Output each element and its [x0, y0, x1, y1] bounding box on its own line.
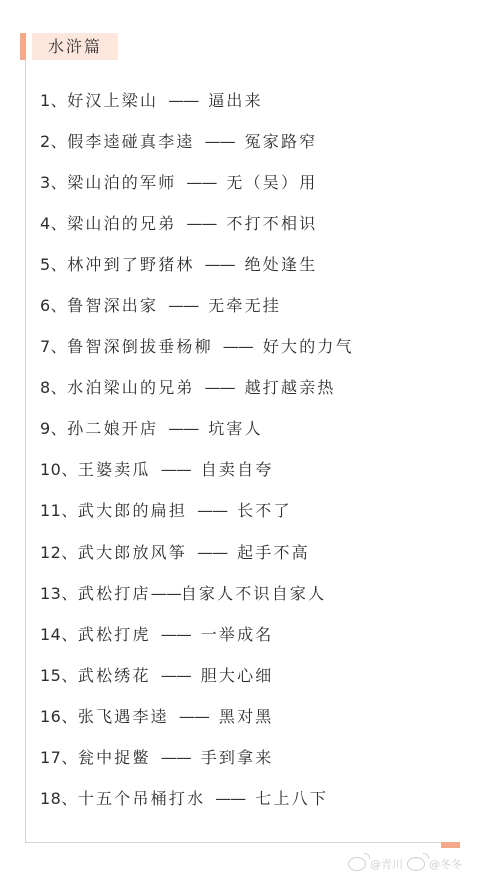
item-answer: 长不了	[237, 498, 292, 524]
item-riddle: 十五个吊桶打水	[78, 786, 205, 812]
item-number: 4、	[40, 211, 67, 237]
item-riddle: 好汉上梁山	[67, 88, 158, 114]
item-riddle: 武松打店	[78, 581, 151, 607]
frame-left-border	[25, 33, 26, 843]
item-answer: 无牵无挂	[208, 293, 281, 319]
item-answer: 黑对黑	[219, 704, 274, 730]
item-riddle: 水泊梁山的兄弟	[67, 375, 194, 401]
weibo-icon	[407, 857, 425, 871]
item-answer: 自卖自夸	[201, 457, 274, 483]
item-riddle: 武大郎的扁担	[78, 498, 187, 524]
item-riddle: 王婆卖瓜	[78, 457, 151, 483]
item-answer: 越打越亲热	[245, 375, 336, 401]
watermark-text-2: @冬冬	[429, 856, 462, 872]
list-item: 7、 鲁智深倒拔垂杨柳 —— 好大的力气	[40, 334, 354, 375]
item-number: 14、	[40, 622, 78, 648]
item-dash: ——	[151, 581, 181, 607]
list-item: 2、 假李逵碰真李逵 —— 冤家路窄	[40, 129, 354, 170]
item-answer: 起手不高	[237, 540, 310, 566]
item-answer: 坑害人	[208, 416, 263, 442]
item-answer: 逼出来	[208, 88, 263, 114]
weibo-watermark: @青川 @冬冬	[348, 856, 462, 872]
list-item: 10、 王婆卖瓜 —— 自卖自夸	[40, 457, 354, 498]
list-item: 15、 武松绣花 —— 胆大心细	[40, 663, 354, 704]
item-riddle: 林冲到了野猪林	[67, 252, 194, 278]
item-number: 10、	[40, 457, 78, 483]
item-number: 1、	[40, 88, 67, 114]
item-answer: 自家人不识自家人	[181, 581, 327, 607]
list-item: 5、 林冲到了野猪林 —— 绝处逢生	[40, 252, 354, 293]
item-dash: ——	[168, 88, 198, 114]
item-riddle: 鲁智深倒拔垂杨柳	[67, 334, 213, 360]
item-answer: 绝处逢生	[245, 252, 318, 278]
item-dash: ——	[205, 129, 235, 155]
weibo-icon	[348, 857, 366, 871]
item-number: 6、	[40, 293, 67, 319]
section-title-box: 水浒篇	[32, 33, 118, 60]
item-dash: ——	[186, 170, 216, 196]
item-riddle: 张飞遇李逵	[78, 704, 169, 730]
section-title: 水浒篇	[48, 39, 102, 55]
item-number: 15、	[40, 663, 78, 689]
item-answer: 胆大心细	[201, 663, 274, 689]
item-dash: ——	[197, 498, 227, 524]
list-item: 11、 武大郎的扁担 —— 长不了	[40, 498, 354, 539]
list-item: 6、 鲁智深出家 —— 无牵无挂	[40, 293, 354, 334]
item-number: 11、	[40, 498, 78, 524]
item-dash: ——	[186, 211, 216, 237]
item-answer: 好大的力气	[263, 334, 354, 360]
item-dash: ——	[168, 416, 198, 442]
item-dash: ——	[205, 252, 235, 278]
item-answer: 手到拿来	[201, 745, 274, 771]
item-dash: ——	[161, 663, 191, 689]
list-item: 12、 武大郎放风筝 —— 起手不高	[40, 540, 354, 581]
item-number: 18、	[40, 786, 78, 812]
item-riddle: 梁山泊的兄弟	[67, 211, 176, 237]
list-item: 13、 武松打店 —— 自家人不识自家人	[40, 581, 354, 622]
item-dash: ——	[161, 457, 191, 483]
item-dash: ——	[168, 293, 198, 319]
item-riddle: 武松绣花	[78, 663, 151, 689]
item-answer: 一举成名	[201, 622, 274, 648]
item-riddle: 孙二娘开店	[67, 416, 158, 442]
item-dash: ——	[161, 622, 191, 648]
item-number: 9、	[40, 416, 67, 442]
item-dash: ——	[223, 334, 253, 360]
item-number: 17、	[40, 745, 78, 771]
item-riddle: 鲁智深出家	[67, 293, 158, 319]
list-item: 3、 梁山泊的军师 —— 无（吴）用	[40, 170, 354, 211]
item-answer: 冤家路窄	[245, 129, 318, 155]
item-answer: 不打不相识	[226, 211, 317, 237]
item-riddle: 假李逵碰真李逵	[67, 129, 194, 155]
watermark-text-1: @青川	[370, 856, 403, 872]
list-item: 4、 梁山泊的兄弟 —— 不打不相识	[40, 211, 354, 252]
item-riddle: 武松打虎	[78, 622, 151, 648]
item-number: 13、	[40, 581, 78, 607]
item-riddle: 梁山泊的军师	[67, 170, 176, 196]
accent-bar-top	[20, 33, 26, 60]
frame-bottom-border	[25, 842, 453, 843]
item-answer: 七上八下	[255, 786, 328, 812]
list-item: 8、 水泊梁山的兄弟 —— 越打越亲热	[40, 375, 354, 416]
item-dash: ——	[197, 540, 227, 566]
item-number: 12、	[40, 540, 78, 566]
item-riddle: 瓮中捉鳖	[78, 745, 151, 771]
list-item: 9、 孙二娘开店 —— 坑害人	[40, 416, 354, 457]
list-item: 1、 好汉上梁山 —— 逼出来	[40, 88, 354, 129]
item-riddle: 武大郎放风筝	[78, 540, 187, 566]
item-number: 16、	[40, 704, 78, 730]
accent-bar-bottom	[441, 842, 460, 848]
list-item: 16、 张飞遇李逵 —— 黑对黑	[40, 704, 354, 745]
list-item: 18、 十五个吊桶打水 —— 七上八下	[40, 786, 354, 827]
xiehouyu-list: 1、 好汉上梁山 —— 逼出来 2、 假李逵碰真李逵 —— 冤家路窄 3、 梁山…	[40, 88, 354, 827]
list-item: 17、 瓮中捉鳖 —— 手到拿来	[40, 745, 354, 786]
item-answer: 无（吴）用	[226, 170, 317, 196]
item-number: 8、	[40, 375, 67, 401]
item-dash: ——	[205, 375, 235, 401]
item-number: 2、	[40, 129, 67, 155]
list-item: 14、 武松打虎 —— 一举成名	[40, 622, 354, 663]
item-dash: ——	[179, 704, 209, 730]
item-dash: ——	[161, 745, 191, 771]
item-number: 5、	[40, 252, 67, 278]
item-number: 3、	[40, 170, 67, 196]
item-number: 7、	[40, 334, 67, 360]
item-dash: ——	[215, 786, 245, 812]
